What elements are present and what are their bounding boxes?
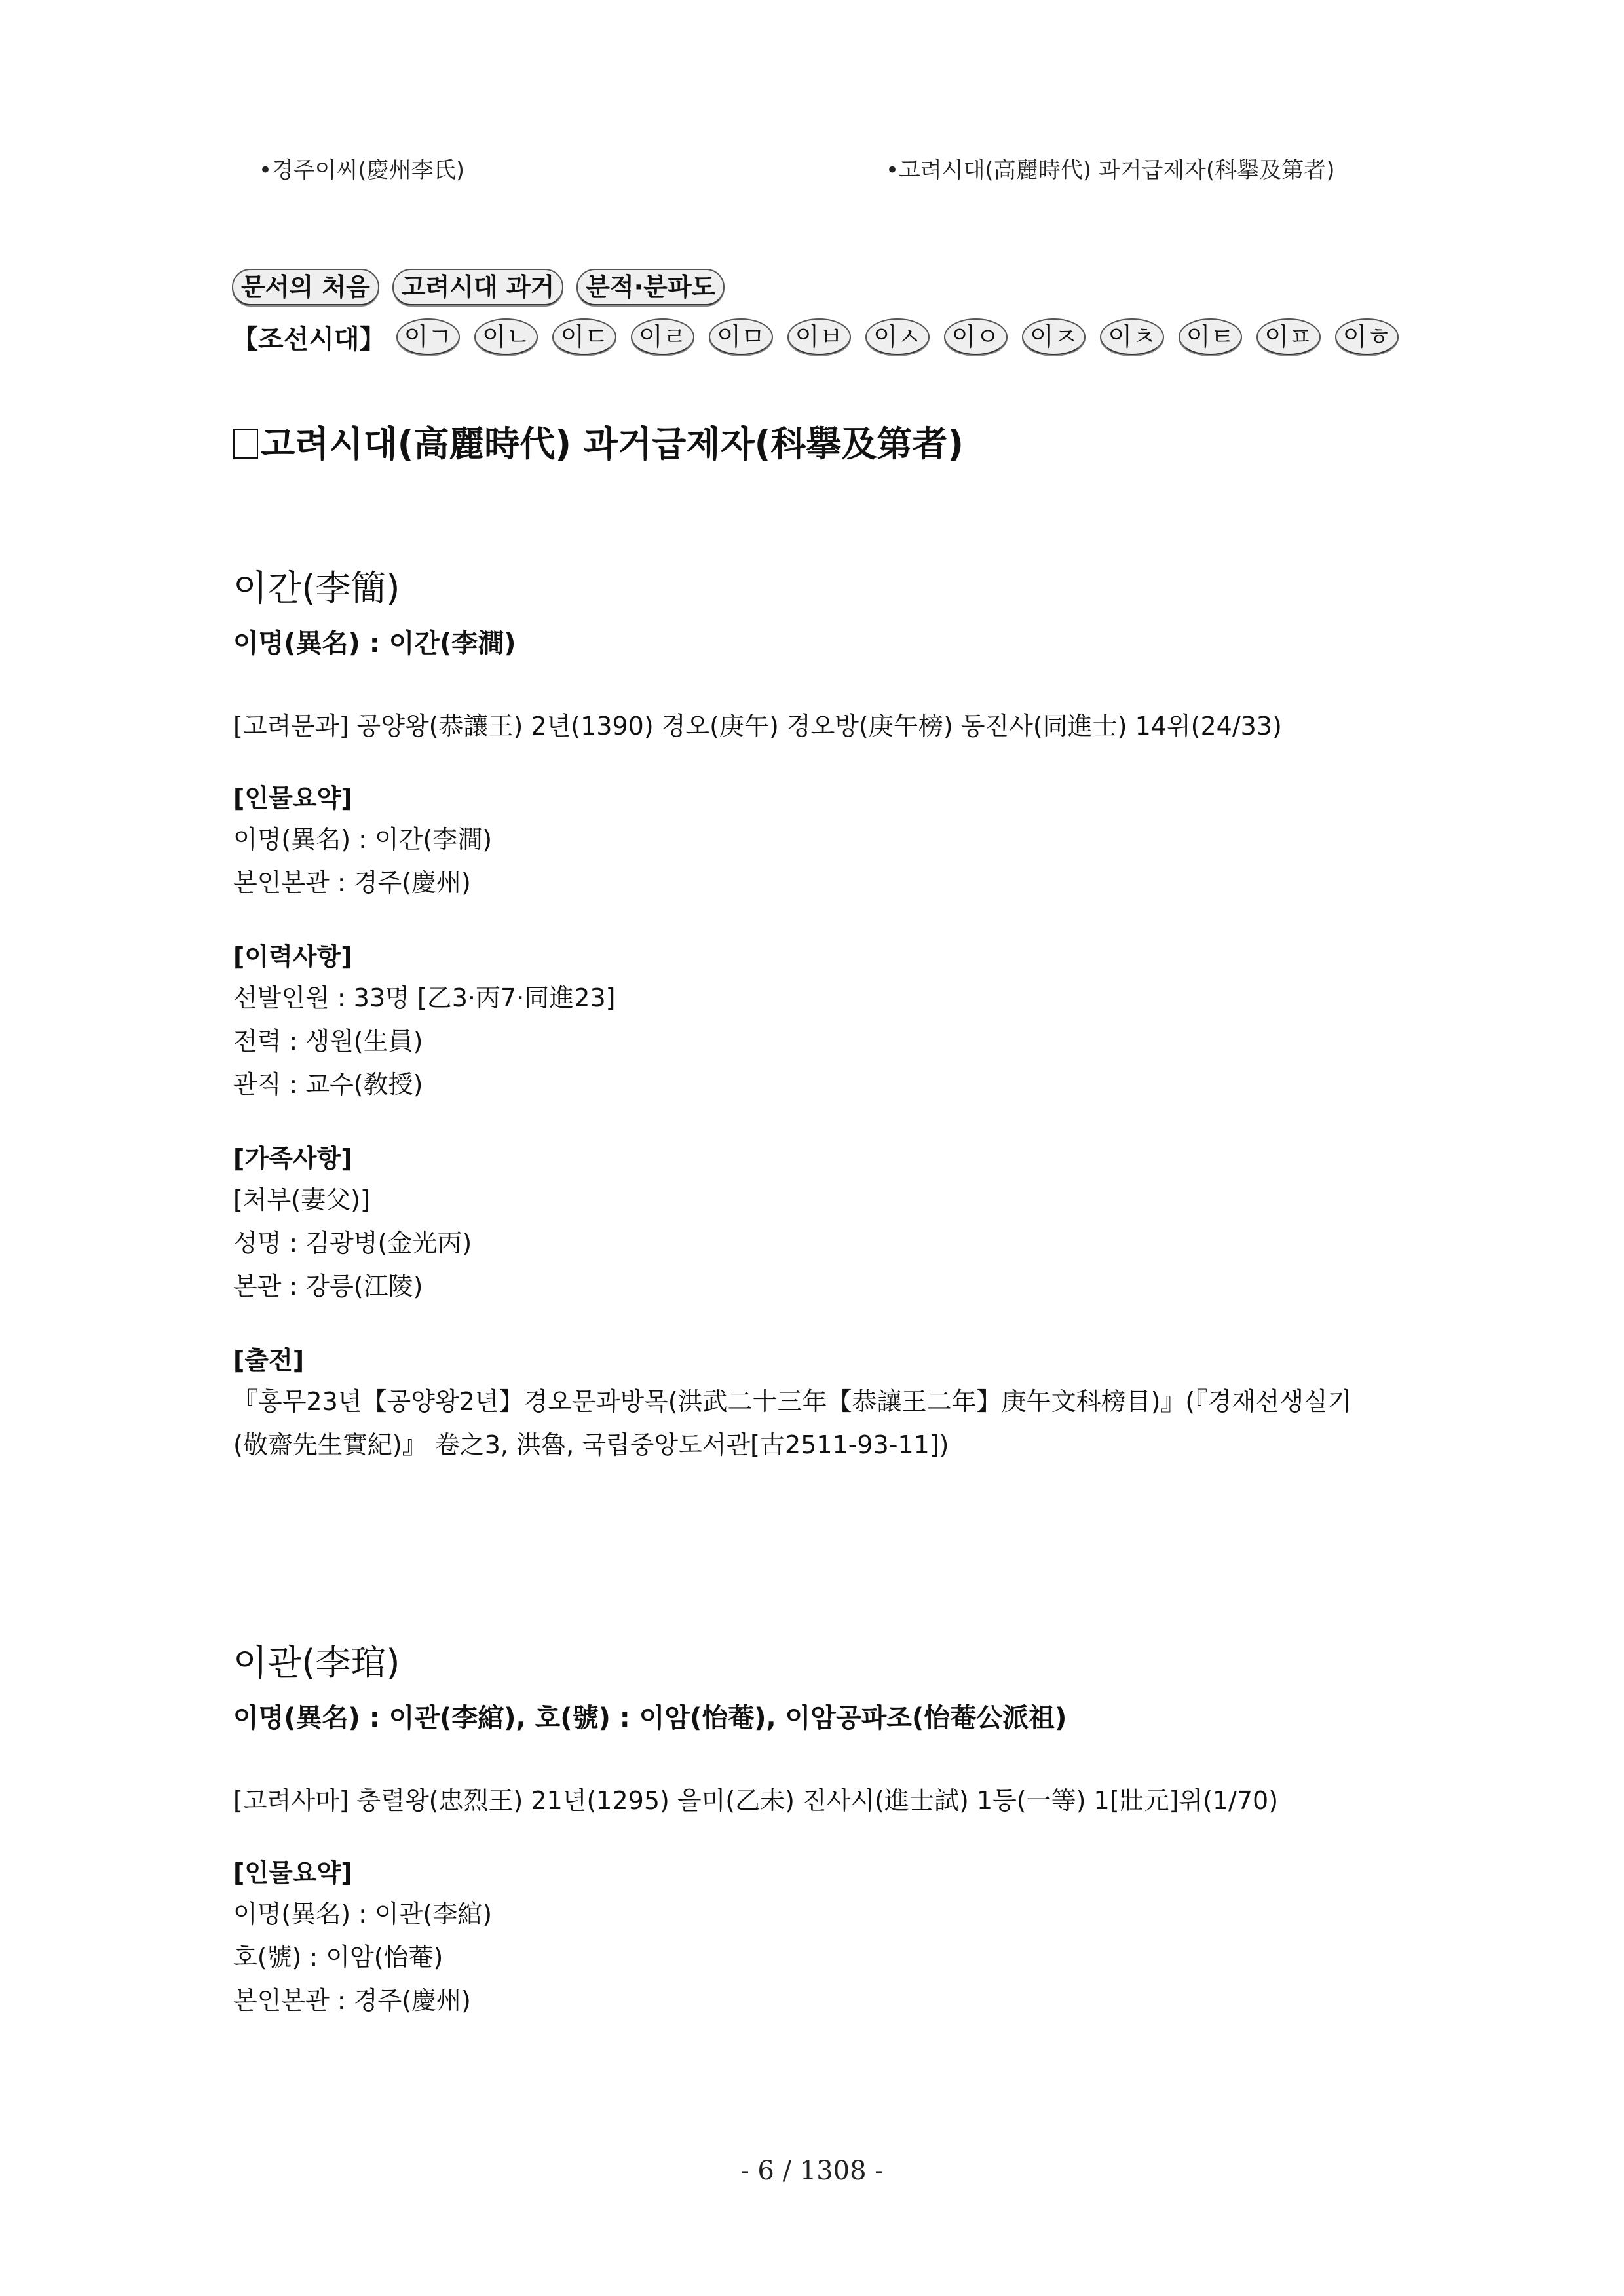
family-line: 성명 : 김광병(金光丙) xyxy=(233,1221,1412,1265)
nav-top-row: 문서의 처음 고려시대 과거 분적·분파도 xyxy=(232,267,1413,307)
nav-link-branch-chart[interactable]: 분적·분파도 xyxy=(576,269,725,305)
page-number: - 6 / 1308 - xyxy=(0,2156,1624,2186)
checkbox-square-icon xyxy=(233,429,258,459)
header-section-name: •고려시대(高麗時代) 과거급제자(科擧及第者) xyxy=(886,152,1335,184)
family-block: [가족사항] [처부(妻父)] 성명 : 김광병(金光丙) 본관 : 강릉(江陵… xyxy=(233,1139,1412,1308)
summary-line: 본인본관 : 경주(慶州) xyxy=(233,1979,1412,2022)
nav-link-jamo-jieut[interactable]: 이ㅈ xyxy=(1022,318,1086,355)
source-block: [출전] 『홍무23년【공양왕2년】경오문과방목(洪武二十三年【恭讓王二年】庚午… xyxy=(233,1341,1412,1466)
family-line: [처부(妻父)] xyxy=(233,1178,1412,1221)
summary-heading: [인물요약] xyxy=(233,1853,1412,1892)
person-name: 이간(李簡) xyxy=(233,562,1412,615)
source-line: 『홍무23년【공양왕2년】경오문과방목(洪武二十三年【恭讓王二年】庚午文科榜目)… xyxy=(233,1380,1412,1423)
nav-link-jamo-giyeok[interactable]: 이ㄱ xyxy=(396,318,460,355)
nav-link-jamo-ieung[interactable]: 이ㅇ xyxy=(944,318,1008,355)
summary-line: 본인본관 : 경주(慶州) xyxy=(233,861,1412,904)
nav-link-jamo-digeut[interactable]: 이ㄷ xyxy=(552,318,616,355)
person-alias: 이명(異名) : 이간(李澗) xyxy=(233,624,1412,663)
summary-heading: [인물요약] xyxy=(233,778,1412,818)
summary-line: 호(號) : 이암(怡菴) xyxy=(233,1936,1412,1979)
person-name: 이관(李琯) xyxy=(233,1637,1412,1689)
family-line: 본관 : 강릉(江陵) xyxy=(233,1265,1412,1308)
nav-link-jamo-siot[interactable]: 이ㅅ xyxy=(865,318,929,355)
era-label-joseon: 【조선시대】 xyxy=(232,318,386,356)
nav-link-jamo-pieup[interactable]: 이ㅍ xyxy=(1256,318,1320,355)
person-entry: 이관(李琯) 이명(異名) : 이관(李綰), 호(號) : 이암(怡菴), 이… xyxy=(233,1637,1412,2022)
exam-record: [고려문과] 공양왕(恭讓王) 2년(1390) 경오(庚午) 경오방(庚午榜)… xyxy=(233,706,1412,746)
summary-block: [인물요약] 이명(異名) : 이간(李澗) 본인본관 : 경주(慶州) xyxy=(233,778,1412,904)
summary-block: [인물요약] 이명(異名) : 이관(李綰) 호(號) : 이암(怡菴) 본인본… xyxy=(233,1853,1412,2022)
nav-joseon-row: 【조선시대】 이ㄱ 이ㄴ 이ㄷ 이ㄹ 이ㅁ 이ㅂ 이ㅅ 이ㅇ 이ㅈ 이ㅊ 이ㅌ … xyxy=(232,317,1413,356)
section-title: 고려시대(高麗時代) 과거급제자(科擧及第者) xyxy=(233,416,964,467)
summary-line: 이명(異名) : 이간(李澗) xyxy=(233,818,1412,861)
career-heading: [이력사항] xyxy=(233,937,1412,976)
navigation: 문서의 처음 고려시대 과거 분적·분파도 【조선시대】 이ㄱ 이ㄴ 이ㄷ 이ㄹ… xyxy=(232,267,1413,367)
nav-link-jamo-mieum[interactable]: 이ㅁ xyxy=(709,318,772,355)
career-line: 전력 : 생원(生員) xyxy=(233,1020,1412,1063)
career-line: 관직 : 교수(敎授) xyxy=(233,1063,1412,1106)
header-clan-name: •경주이씨(慶州李氏) xyxy=(259,152,464,184)
nav-link-jamo-chieut[interactable]: 이ㅊ xyxy=(1100,318,1163,355)
source-line: (敬齋先生實紀)』 卷之3, 洪魯, 국립중앙도서관[古2511-93-11]) xyxy=(233,1423,1412,1466)
nav-link-goryeo-exam[interactable]: 고려시대 과거 xyxy=(392,269,563,305)
nav-link-jamo-tieut[interactable]: 이ㅌ xyxy=(1179,318,1242,355)
nav-link-jamo-hieut[interactable]: 이ㅎ xyxy=(1335,318,1399,355)
nav-link-document-start[interactable]: 문서의 처음 xyxy=(232,269,379,305)
exam-record: [고려사마] 충렬왕(忠烈王) 21년(1295) 을미(乙未) 진사시(進士試… xyxy=(233,1781,1412,1820)
career-line: 선발인원 : 33명 [乙3·丙7·同進23] xyxy=(233,976,1412,1020)
section-title-text: 고려시대(高麗時代) 과거급제자(科擧及第者) xyxy=(261,423,964,465)
career-block: [이력사항] 선발인원 : 33명 [乙3·丙7·同進23] 전력 : 생원(生… xyxy=(233,937,1412,1106)
nav-link-jamo-nieun[interactable]: 이ㄴ xyxy=(474,318,538,355)
nav-link-jamo-rieul[interactable]: 이ㄹ xyxy=(631,318,694,355)
family-heading: [가족사항] xyxy=(233,1139,1412,1178)
nav-link-jamo-bieup[interactable]: 이ㅂ xyxy=(787,318,851,355)
person-entry: 이간(李簡) 이명(異名) : 이간(李澗) [고려문과] 공양왕(恭讓王) 2… xyxy=(233,562,1412,1466)
summary-line: 이명(異名) : 이관(李綰) xyxy=(233,1892,1412,1936)
source-heading: [출전] xyxy=(233,1341,1412,1380)
person-alias: 이명(異名) : 이관(李綰), 호(號) : 이암(怡菴), 이암공파조(怡菴… xyxy=(233,1698,1412,1738)
